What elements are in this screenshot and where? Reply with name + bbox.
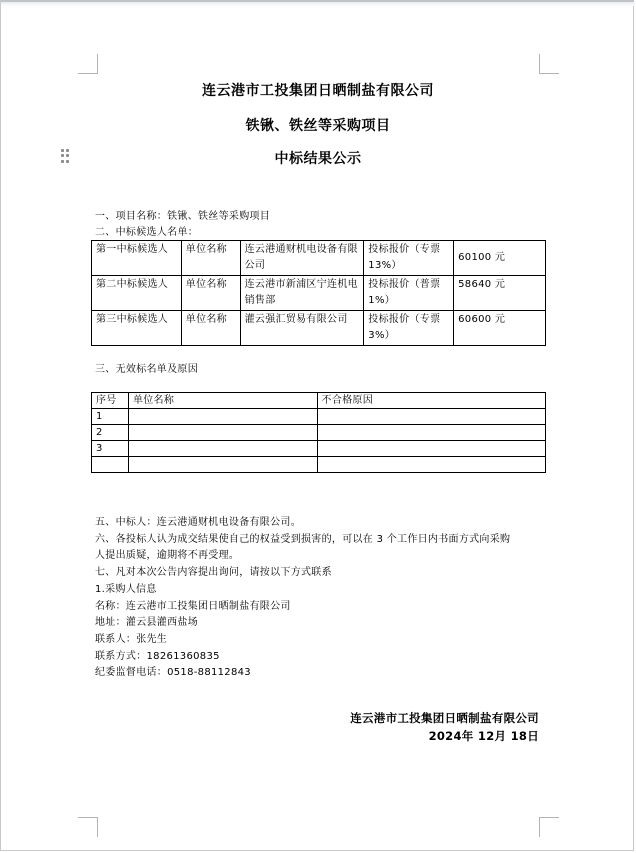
margin-corner-top-right: [539, 54, 559, 74]
cell-unit-name: [128, 425, 317, 441]
cell-index: 1: [92, 409, 129, 425]
table-row: [92, 457, 546, 473]
candidates-table: 第一中标候选人 单位名称 连云港通财机电设备有限公司 投标报价（专票13%） 6…: [91, 240, 546, 346]
candidate-rank: 第三中标候选人: [92, 311, 182, 346]
candidate-rank: 第一中标候选人: [92, 241, 182, 276]
candidate-name: 连云港通财机电设备有限公司: [240, 241, 364, 276]
section-winner: 五、中标人：连云港通财机电设备有限公司。: [95, 513, 301, 528]
page-top-shadow: [1, 2, 635, 6]
candidate-name: 连云港市新浦区宁连机电销售部: [240, 276, 364, 311]
candidate-price-label: 投标报价（普票1%）: [364, 276, 454, 311]
margin-corner-bottom-left: [78, 817, 98, 837]
candidate-price: 58640 元: [454, 276, 546, 311]
table-row: 第一中标候选人 单位名称 连云港通财机电设备有限公司 投标报价（专票13%） 6…: [92, 241, 546, 276]
section-contact-heading: 七、凡对本次公告内容提出询问，请按以下方式联系: [95, 563, 332, 578]
cell-index: 3: [92, 441, 129, 457]
candidate-price: 60100 元: [454, 241, 546, 276]
table-header-row: 序号 单位名称 不合格原因: [92, 393, 546, 409]
candidate-label: 单位名称: [181, 276, 240, 311]
candidate-label: 单位名称: [181, 241, 240, 276]
candidate-price: 60600 元: [454, 311, 546, 346]
supervision-phone: 纪委监督电话：0518-88112843: [95, 663, 251, 678]
margin-corner-top-left: [78, 54, 98, 74]
table-row: 3: [92, 441, 546, 457]
contact-phone: 联系方式：18261360835: [95, 647, 220, 662]
candidate-rank: 第二中标候选人: [92, 276, 182, 311]
table-row: 第二中标候选人 单位名称 连云港市新浦区宁连机电销售部 投标报价（普票1%） 5…: [92, 276, 546, 311]
header-index: 序号: [92, 393, 129, 409]
header-reason: 不合格原因: [317, 393, 545, 409]
cell-reason: [317, 441, 545, 457]
invalid-bids-table: 序号 单位名称 不合格原因 1 2 3: [91, 392, 546, 473]
section-invalid-heading: 三、无效标名单及原因: [95, 360, 198, 375]
cell-index: [92, 457, 129, 473]
cell-reason: [317, 409, 545, 425]
purchaser-info-heading: 1.采购人信息: [95, 580, 157, 595]
purchaser-address: 地址：灌云县灌西盐场: [95, 613, 198, 628]
margin-corner-bottom-right: [539, 817, 559, 837]
purchaser-name: 名称：连云港市工投集团日晒制盐有限公司: [95, 597, 291, 612]
signature-company: 连云港市工投集团日晒制盐有限公司: [350, 710, 539, 726]
cell-reason: [317, 457, 545, 473]
candidate-name: 灌云强汇贸易有限公司: [240, 311, 364, 346]
cell-unit-name: [128, 409, 317, 425]
signature-date: 2024年 12月 18日: [429, 728, 539, 744]
section-objection-line1: 六、各投标人认为成交结果使自己的权益受到损害的，可以在 3 个工作日内书面方式向…: [95, 530, 510, 545]
contact-person: 联系人：张先生: [95, 630, 167, 645]
project-title: 铁锹、铁丝等采购项目: [0, 115, 636, 135]
section-project-name: 一、项目名称：铁锹、铁丝等采购项目: [95, 207, 270, 222]
section-objection-line2: 人提出质疑，逾期将不再受理。: [95, 546, 239, 561]
cell-unit-name: [128, 441, 317, 457]
candidate-price-label: 投标报价（专票13%）: [364, 241, 454, 276]
header-unit-name: 单位名称: [128, 393, 317, 409]
company-title: 连云港市工投集团日晒制盐有限公司: [0, 80, 636, 100]
section-candidates-heading: 二、中标候选人名单：: [95, 223, 198, 238]
document-title: 中标结果公示: [0, 148, 636, 168]
cell-index: 2: [92, 425, 129, 441]
table-row: 2: [92, 425, 546, 441]
cell-reason: [317, 425, 545, 441]
cell-unit-name: [128, 457, 317, 473]
candidate-label: 单位名称: [181, 311, 240, 346]
table-row: 第三中标候选人 单位名称 灌云强汇贸易有限公司 投标报价（专票3%） 60600…: [92, 311, 546, 346]
candidate-price-label: 投标报价（专票3%）: [364, 311, 454, 346]
table-row: 1: [92, 409, 546, 425]
